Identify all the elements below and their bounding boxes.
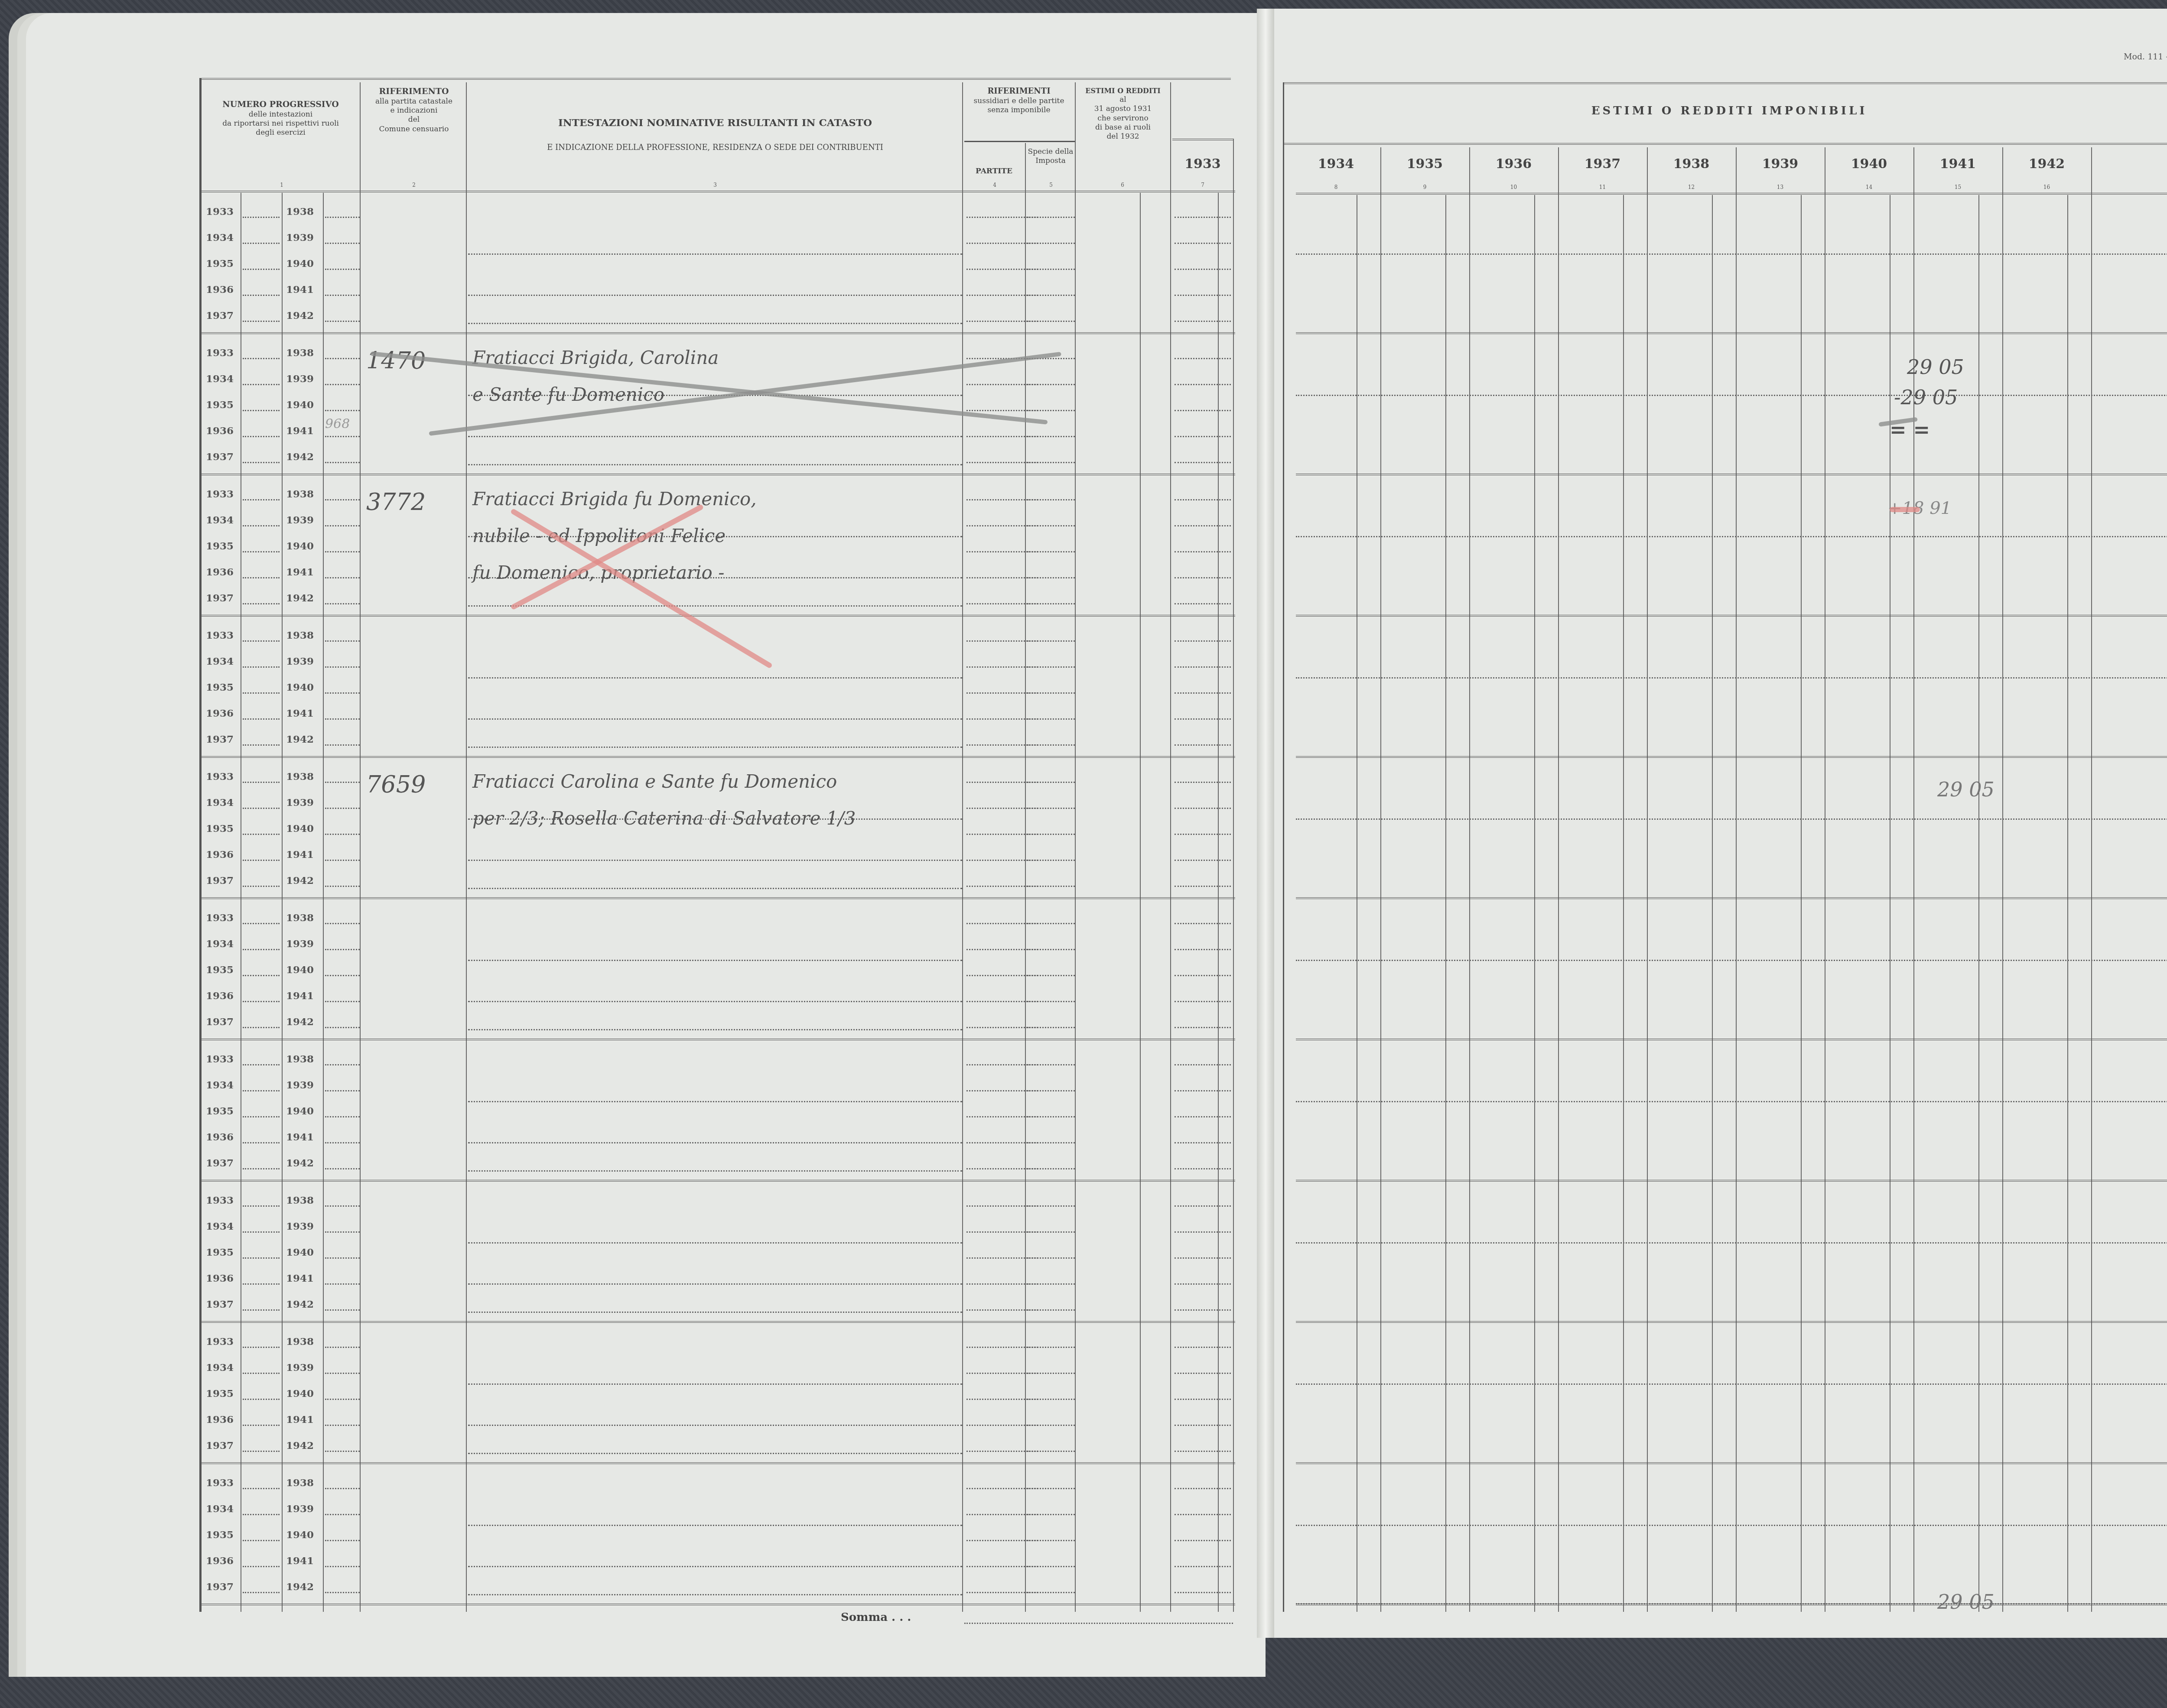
- year-left: 1933: [206, 206, 234, 218]
- year-right: 1939: [286, 797, 314, 809]
- year-left: 1934: [206, 1221, 234, 1232]
- year-right: 1941: [286, 1414, 314, 1425]
- year-right: 1939: [286, 514, 314, 526]
- col4-title: PARTITE: [963, 167, 1025, 176]
- year-right: 1942: [286, 1157, 314, 1169]
- ledger-block: 1933193819341939193519401936194119371942: [199, 1464, 1235, 1605]
- year-right: 1941: [286, 1273, 314, 1284]
- year-left: 1933: [206, 1477, 234, 1489]
- year-right: 1941: [286, 425, 314, 437]
- year-col-header: 1934: [1292, 156, 1380, 172]
- year-left: 1933: [206, 630, 234, 641]
- year-left: 1935: [206, 682, 234, 693]
- book-gutter: [1257, 9, 1274, 1638]
- block-divider: [1296, 1180, 2167, 1183]
- block-divider: [1296, 615, 2167, 618]
- col7-year: 1933: [1172, 156, 1233, 172]
- year-col-header: 1936: [1469, 156, 1558, 172]
- year-right: 1942: [286, 1581, 314, 1593]
- ledger-block: 1933193819341939193519401936194119371942: [199, 1323, 1235, 1464]
- year-right: 1940: [286, 1388, 314, 1400]
- year-left: 1936: [206, 425, 234, 437]
- year-left: 1935: [206, 964, 234, 976]
- year-right: 1941: [286, 1131, 314, 1143]
- year-left: 1935: [206, 1105, 234, 1117]
- col3-subtitle: E INDICAZIONE DELLA PROFESSIONE, RESIDEN…: [468, 143, 962, 153]
- partita-number: 1470: [366, 347, 426, 374]
- year-right: 1939: [286, 1362, 314, 1374]
- year-right: 1938: [286, 1053, 314, 1065]
- year-left: 1936: [206, 284, 234, 295]
- year-right: 1942: [286, 310, 314, 321]
- year-right: 1940: [286, 682, 314, 693]
- year-left: 1934: [206, 373, 234, 385]
- year-col-header: 1938: [1647, 156, 1736, 172]
- year-right: 1942: [286, 1299, 314, 1310]
- year-left: 1933: [206, 1053, 234, 1065]
- col6-title: ESTIMI O REDDITI: [1076, 87, 1170, 95]
- year-right: 1938: [286, 1195, 314, 1206]
- side-note: 968: [325, 416, 350, 432]
- year-left: 1933: [206, 347, 234, 359]
- year-col-header: 1939: [1736, 156, 1825, 172]
- year-left: 1937: [206, 1440, 234, 1451]
- value-1941-block2-b: -29 05: [1894, 386, 1958, 409]
- year-right: 1938: [286, 488, 314, 500]
- year-right: 1938: [286, 1336, 314, 1348]
- year-left: 1935: [206, 1529, 234, 1541]
- year-right: 1938: [286, 912, 314, 924]
- year-col-header: 1941: [1913, 156, 2002, 172]
- year-left: 1937: [206, 592, 234, 604]
- year-left: 1934: [206, 797, 234, 809]
- year-left: 1934: [206, 1079, 234, 1091]
- year-right: 1939: [286, 1079, 314, 1091]
- block-divider: [1296, 474, 2167, 477]
- year-left: 1936: [206, 849, 234, 860]
- year-left: 1936: [206, 1131, 234, 1143]
- year-left: 1937: [206, 734, 234, 745]
- year-left: 1935: [206, 1388, 234, 1400]
- year-right: 1940: [286, 823, 314, 835]
- year-left: 1936: [206, 566, 234, 578]
- year-left: 1933: [206, 912, 234, 924]
- year-left: 1934: [206, 514, 234, 526]
- year-right: 1938: [286, 630, 314, 641]
- value-1941-block2-c: = =: [1890, 418, 1930, 442]
- year-left: 1934: [206, 938, 234, 950]
- year-right: 1942: [286, 875, 314, 886]
- year-right: 1940: [286, 540, 314, 552]
- ledger-block: 1933193819341939193519401936194119371942: [199, 899, 1235, 1040]
- block-divider: [1296, 897, 2167, 901]
- entry-line: nubile - ed Ippolitoni Felice: [472, 525, 726, 546]
- year-right: 1939: [286, 373, 314, 385]
- year-left: 1936: [206, 1555, 234, 1567]
- year-right: 1940: [286, 1529, 314, 1541]
- year-left: 1934: [206, 656, 234, 667]
- year-right: 1938: [286, 347, 314, 359]
- value-1941-block2-a: 29 05: [1907, 355, 1964, 379]
- year-right: 1941: [286, 566, 314, 578]
- right-page: [1266, 9, 2167, 1638]
- block-divider: [1296, 1462, 2167, 1466]
- year-right: 1938: [286, 1477, 314, 1489]
- year-right: 1939: [286, 1503, 314, 1515]
- year-left: 1933: [206, 488, 234, 500]
- year-right: 1939: [286, 232, 314, 244]
- year-right: 1940: [286, 258, 314, 270]
- value-1941-block5: 29 05: [1937, 778, 1995, 801]
- year-left: 1934: [206, 1503, 234, 1515]
- form-code: Mod. 111 - Imposte Dirette (Intercalare)…: [2124, 52, 2167, 62]
- year-left: 1936: [206, 1414, 234, 1425]
- year-col-header: 1935: [1380, 156, 1469, 172]
- year-right: 1942: [286, 734, 314, 745]
- year-right: 1942: [286, 1440, 314, 1451]
- block-divider: [1296, 756, 2167, 760]
- year-left: 1937: [206, 1299, 234, 1310]
- col45-title: RIFERIMENTI: [963, 87, 1075, 97]
- year-right: 1939: [286, 656, 314, 667]
- partita-number: 7659: [366, 771, 426, 798]
- year-col-header: 1940: [1825, 156, 1913, 172]
- year-right: 1941: [286, 990, 314, 1002]
- year-left: 1934: [206, 232, 234, 244]
- year-right: 1940: [286, 399, 314, 411]
- year-left: 1937: [206, 1157, 234, 1169]
- block-divider: [1296, 1039, 2167, 1042]
- year-left: 1934: [206, 1362, 234, 1374]
- somma-label: Somma . . .: [841, 1611, 911, 1624]
- ledger-block: 1933193819341939193519401936194119371942: [199, 617, 1235, 758]
- entry-line: e Sante fu Domenico: [472, 384, 664, 405]
- year-left: 1937: [206, 1016, 234, 1028]
- ledger-block: 1933193819341939193519401936194119371942: [199, 1182, 1235, 1323]
- entry-line: per 2/3; Rosella Caterina di Salvatore 1…: [472, 808, 856, 829]
- partita-number: 3772: [366, 488, 426, 516]
- year-right: 1940: [286, 964, 314, 976]
- col2-title: RIFERIMENTO: [362, 87, 466, 97]
- block-divider: [1296, 332, 2167, 336]
- year-left: 1935: [206, 399, 234, 411]
- year-right: 1940: [286, 1247, 314, 1258]
- year-left: 1937: [206, 310, 234, 321]
- year-left: 1933: [206, 1195, 234, 1206]
- year-right: 1941: [286, 1555, 314, 1567]
- year-left: 1935: [206, 1247, 234, 1258]
- year-right: 1939: [286, 938, 314, 950]
- year-right: 1941: [286, 284, 314, 295]
- year-right: 1938: [286, 206, 314, 218]
- year-left: 1935: [206, 540, 234, 552]
- year-col-header: 1937: [1558, 156, 1647, 172]
- year-right: 1939: [286, 1221, 314, 1232]
- year-left: 1935: [206, 258, 234, 270]
- year-left: 1936: [206, 990, 234, 1002]
- ledger-block: 1933193819341939193519401936194119371942: [199, 193, 1235, 334]
- year-right: 1942: [286, 451, 314, 463]
- entry-line: Fratiacci Brigida fu Domenico,: [472, 488, 757, 510]
- year-left: 1936: [206, 1273, 234, 1284]
- year-right: 1940: [286, 1105, 314, 1117]
- entry-line: Fratiacci Carolina e Sante fu Domenico: [472, 771, 837, 792]
- ledger-block: 1933193819341939193519401936194119371942…: [199, 475, 1235, 617]
- year-left: 1936: [206, 708, 234, 719]
- year-left: 1935: [206, 823, 234, 835]
- year-right: 1941: [286, 849, 314, 860]
- somma-value-1941: 29 05: [1937, 1590, 1995, 1614]
- col1-title: NUMERO PROGRESSIVO: [202, 100, 360, 110]
- ledger-block: 1933193819341939193519401936194119371942…: [199, 758, 1235, 899]
- year-left: 1937: [206, 451, 234, 463]
- section-title: ESTIMI O REDDITI IMPONIBILI: [1283, 104, 2167, 118]
- year-left: 1937: [206, 1581, 234, 1593]
- ledger-block: 1933193819341939193519401936194119371942…: [199, 334, 1235, 475]
- year-right: 1942: [286, 1016, 314, 1028]
- col5-title: Specie della Imposta: [1026, 147, 1075, 166]
- year-right: 1942: [286, 592, 314, 604]
- block-divider: [1296, 1321, 2167, 1325]
- year-right: 1941: [286, 708, 314, 719]
- col3-title: INTESTAZIONI NOMINATIVE RISULTANTI IN CA…: [468, 117, 962, 130]
- year-left: 1933: [206, 1336, 234, 1348]
- year-col-header: 1942: [2002, 156, 2091, 172]
- year-right: 1938: [286, 771, 314, 783]
- ledger-block: 1933193819341939193519401936194119371942: [199, 1040, 1235, 1182]
- year-left: 1937: [206, 875, 234, 886]
- year-left: 1933: [206, 771, 234, 783]
